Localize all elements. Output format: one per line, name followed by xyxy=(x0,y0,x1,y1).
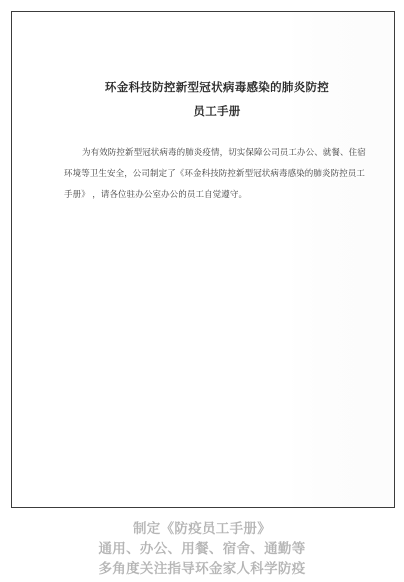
document-page: 环金科技防控新型冠状病毒感染的肺炎防控 员工手册 为有效防控新型冠状病毒的肺炎疫… xyxy=(11,11,395,508)
caption-line-2: 通用、办公、用餐、宿舍、通勤等 xyxy=(0,539,404,559)
caption: 制定《防疫员工手册》 通用、办公、用餐、宿舍、通勤等 多角度关注指导环金家人科学… xyxy=(0,519,404,579)
document-body-line-1: 为有效防控新型冠状病毒的肺炎疫情，切实保障公司员工办公、就餐、住宿 xyxy=(64,142,370,163)
document-title-line-2: 员工手册 xyxy=(64,100,370,124)
caption-line-3: 多角度关注指导环金家人科学防疫 xyxy=(0,559,404,579)
caption-line-1: 制定《防疫员工手册》 xyxy=(0,519,404,539)
document-body-line-2: 环境等卫生安全，公司制定了《环金科技防控新型冠状病毒感染的肺炎防控员工 xyxy=(64,163,370,184)
document-body: 为有效防控新型冠状病毒的肺炎疫情，切实保障公司员工办公、就餐、住宿 环境等卫生安… xyxy=(12,142,394,205)
document-body-line-3: 手册》 ，请各位驻办公室办公的员工自觉遵守。 xyxy=(64,184,370,205)
document-title-line-1: 环金科技防控新型冠状病毒感染的肺炎防控 xyxy=(64,76,370,100)
document-title: 环金科技防控新型冠状病毒感染的肺炎防控 员工手册 xyxy=(12,76,394,124)
